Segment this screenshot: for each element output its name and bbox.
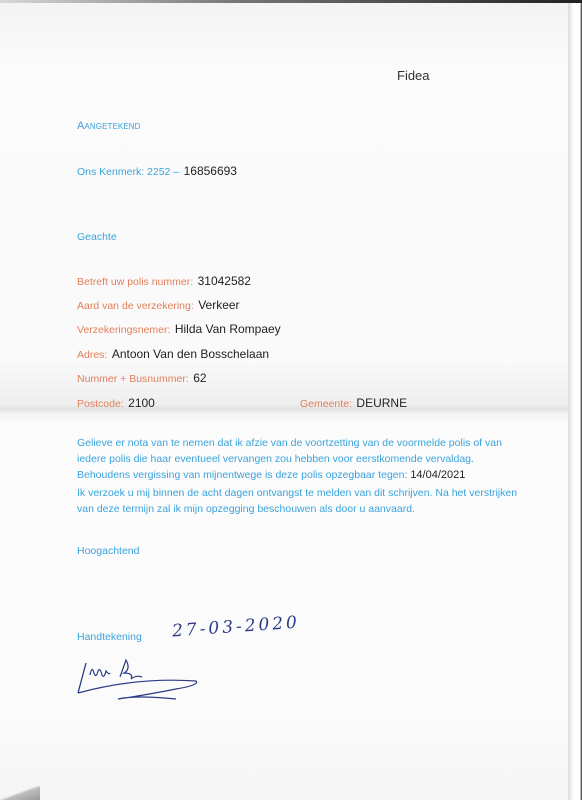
handwritten-signature bbox=[76, 655, 216, 705]
policyholder-value: Hilda Van Rompaey bbox=[175, 322, 281, 336]
reference-value: 16856693 bbox=[184, 164, 237, 178]
scan-right-edge bbox=[568, 0, 582, 800]
insurance-type-label: Aard van de verzekering: bbox=[77, 300, 194, 312]
policyholder-label: Verzekeringsnemer: bbox=[77, 324, 170, 336]
house-number-label: Nummer + Busnummer: bbox=[77, 373, 189, 385]
insurance-type-value: Verkeer bbox=[198, 298, 239, 312]
address-value: Antoon Van den Bosschelaan bbox=[112, 347, 269, 361]
scan-top-edge bbox=[0, 0, 582, 3]
policy-number-value: 31042582 bbox=[198, 274, 251, 288]
field-house-number: Nummer + Busnummer: 62 bbox=[77, 369, 207, 387]
cancellation-date-value: 14/04/2021 bbox=[410, 469, 465, 481]
municipality-label: Gemeente: bbox=[300, 398, 352, 410]
acknowledgement-line-1: Ik verzoek u mij binnen de acht dagen on… bbox=[77, 485, 547, 501]
closing-greeting: Hoogachtend bbox=[77, 545, 139, 557]
scanned-letter-page: Fidea Aangetekend Ons Kenmerk: 2252 – 16… bbox=[0, 0, 568, 800]
cancellation-date-label: Behoudens vergissing van mijnentwege is … bbox=[77, 469, 407, 481]
acknowledgement-paragraph: Ik verzoek u mij binnen de acht dagen on… bbox=[77, 485, 547, 517]
cancellation-line-1: Gelieve er nota van te nemen dat ik afzi… bbox=[77, 435, 547, 451]
cancellation-line-3: Behoudens vergissing van mijnentwege is … bbox=[77, 467, 547, 483]
cancellation-line-2: iedere polis die haar eventueel vervange… bbox=[77, 451, 547, 467]
municipality-value: DEURNE bbox=[356, 396, 407, 410]
policy-number-label: Betreft uw polis nummer: bbox=[77, 276, 193, 288]
field-postcode: Postcode: 2100 bbox=[77, 394, 155, 412]
field-insurance-type: Aard van de verzekering: Verkeer bbox=[77, 296, 240, 314]
field-policy-number: Betreft uw polis nummer: 31042582 bbox=[77, 272, 251, 290]
address-label: Adres: bbox=[77, 349, 107, 361]
reference-label: Ons Kenmerk: 2252 – bbox=[77, 166, 179, 178]
acknowledgement-line-2: van deze termijn zal ik mijn opzegging b… bbox=[77, 501, 547, 517]
recipient-company: Fidea bbox=[397, 68, 430, 83]
scan-corner-shadow bbox=[0, 786, 40, 800]
postcode-label: Postcode: bbox=[77, 398, 124, 410]
registered-mail-label: Aangetekend bbox=[77, 120, 141, 132]
reference-line: Ons Kenmerk: 2252 – 16856693 bbox=[77, 162, 237, 180]
handwritten-date: 27-03-2020 bbox=[171, 613, 300, 642]
signature-label: Handtekening bbox=[77, 631, 142, 643]
salutation: Geachte bbox=[77, 231, 117, 243]
field-address: Adres: Antoon Van den Bosschelaan bbox=[77, 345, 269, 363]
cancellation-paragraph: Gelieve er nota van te nemen dat ik afzi… bbox=[77, 435, 547, 483]
postcode-value: 2100 bbox=[128, 396, 155, 410]
field-municipality: Gemeente: DEURNE bbox=[300, 394, 407, 412]
field-policyholder: Verzekeringsnemer: Hilda Van Rompaey bbox=[77, 320, 281, 338]
house-number-value: 62 bbox=[193, 371, 206, 385]
